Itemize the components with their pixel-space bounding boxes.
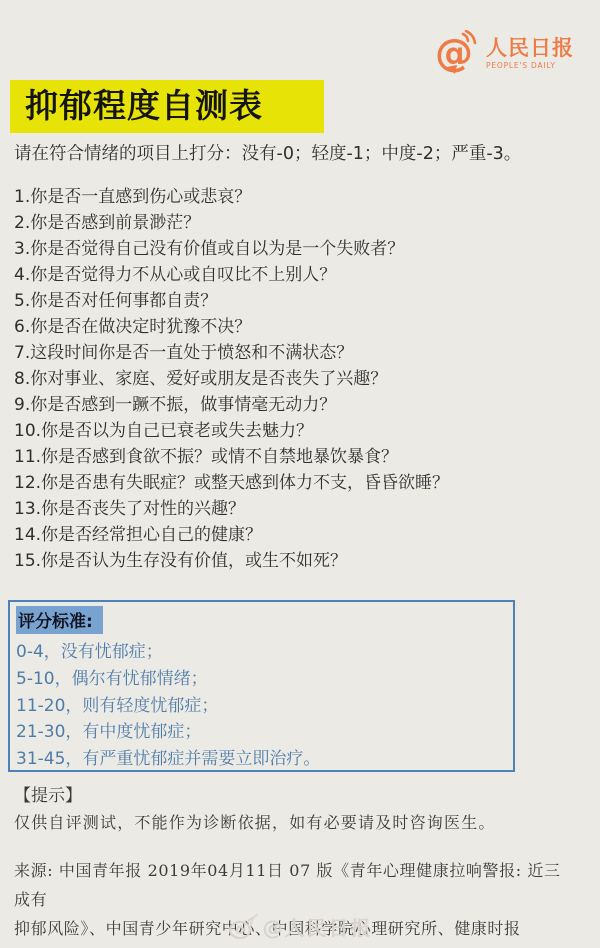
score-range-item: 11-20，则有轻度忧郁症； bbox=[16, 693, 513, 720]
tip-text: 仅供自评测试，不能作为诊断依据，如有必要请及时咨询医生。 bbox=[14, 810, 496, 833]
question-item: 5.你是否对任何事都自责？ bbox=[14, 288, 449, 314]
question-item: 12.你是否患有失眠症？或整天感到体力不支，昏昏欲睡？ bbox=[14, 470, 449, 496]
score-range-item: 5-10，偶尔有忧郁情绪； bbox=[16, 666, 513, 693]
megaphone-at-icon: @ bbox=[435, 30, 483, 78]
scoring-instruction: 请在符合情绪的项目上打分：没有-0；轻度-1；中度-2；严重-3。 bbox=[14, 140, 521, 165]
question-item: 11.你是否感到食欲不振？或情不自禁地暴饮暴食？ bbox=[14, 444, 449, 470]
source-line: 来源: 中国青年报 2019年04月11日 07 版《青年心理健康拉响警报: 近… bbox=[14, 856, 574, 914]
question-item: 8.你对事业、家庭、爱好或朋友是否丧失了兴趣？ bbox=[14, 366, 449, 392]
question-item: 14.你是否经常担心自己的健康？ bbox=[14, 522, 449, 548]
question-item: 13.你是否丧失了对性的兴趣？ bbox=[14, 496, 449, 522]
watermark-text: @人民日报 bbox=[263, 912, 373, 941]
score-standard-label: 评分标准: bbox=[16, 606, 103, 634]
question-item: 7.这段时间你是否一直处于愤怒和不满状态？ bbox=[14, 340, 449, 366]
tip-label: 【提示】 bbox=[14, 781, 82, 806]
question-item: 3.你是否觉得自己没有价值或自以为是一个失败者？ bbox=[14, 236, 449, 262]
logo-name: 人民日报 bbox=[486, 37, 574, 59]
question-item: 1.你是否一直感到伤心或悲哀？ bbox=[14, 184, 449, 210]
logo-subtitle: PEOPLE'S DAILY bbox=[486, 61, 574, 70]
question-item: 4.你是否觉得力不从心或自叹比不上别人？ bbox=[14, 262, 449, 288]
question-item: 6.你是否在做决定时犹豫不决？ bbox=[14, 314, 449, 340]
weibo-watermark: @人民日报 bbox=[0, 912, 600, 941]
score-range-item: 0-4，没有忧郁症； bbox=[16, 639, 513, 666]
score-range-list: 0-4，没有忧郁症； 5-10，偶尔有忧郁情绪； 11-20，则有轻度忧郁症； … bbox=[16, 639, 513, 773]
score-standard-box: 评分标准: 0-4，没有忧郁症； 5-10，偶尔有忧郁情绪； 11-20，则有轻… bbox=[8, 600, 515, 772]
infographic-page: @ 人民日报 PEOPLE'S DAILY 抑郁程度自测表 请在符合情绪的项目上… bbox=[0, 0, 600, 948]
page-title: 抑郁程度自测表 bbox=[10, 80, 324, 133]
question-list: 1.你是否一直感到伤心或悲哀？ 2.你是否感到前景渺茫？ 3.你是否觉得自己没有… bbox=[14, 184, 449, 574]
score-range-item: 31-45，有严重忧郁症并需要立即治疗。 bbox=[16, 746, 513, 773]
peoples-daily-logo: @ 人民日报 PEOPLE'S DAILY bbox=[435, 30, 574, 78]
score-range-item: 21-30，有中度忧郁症； bbox=[16, 719, 513, 746]
question-item: 15.你是否认为生存没有价值，或生不如死？ bbox=[14, 548, 449, 574]
question-item: 9.你是否感到一蹶不振，做事情毫无动力？ bbox=[14, 392, 449, 418]
weibo-icon bbox=[228, 913, 258, 940]
question-item: 10.你是否以为自己已衰老或失去魅力？ bbox=[14, 418, 449, 444]
logo-text-block: 人民日报 PEOPLE'S DAILY bbox=[486, 37, 574, 70]
question-item: 2.你是否感到前景渺茫？ bbox=[14, 210, 449, 236]
